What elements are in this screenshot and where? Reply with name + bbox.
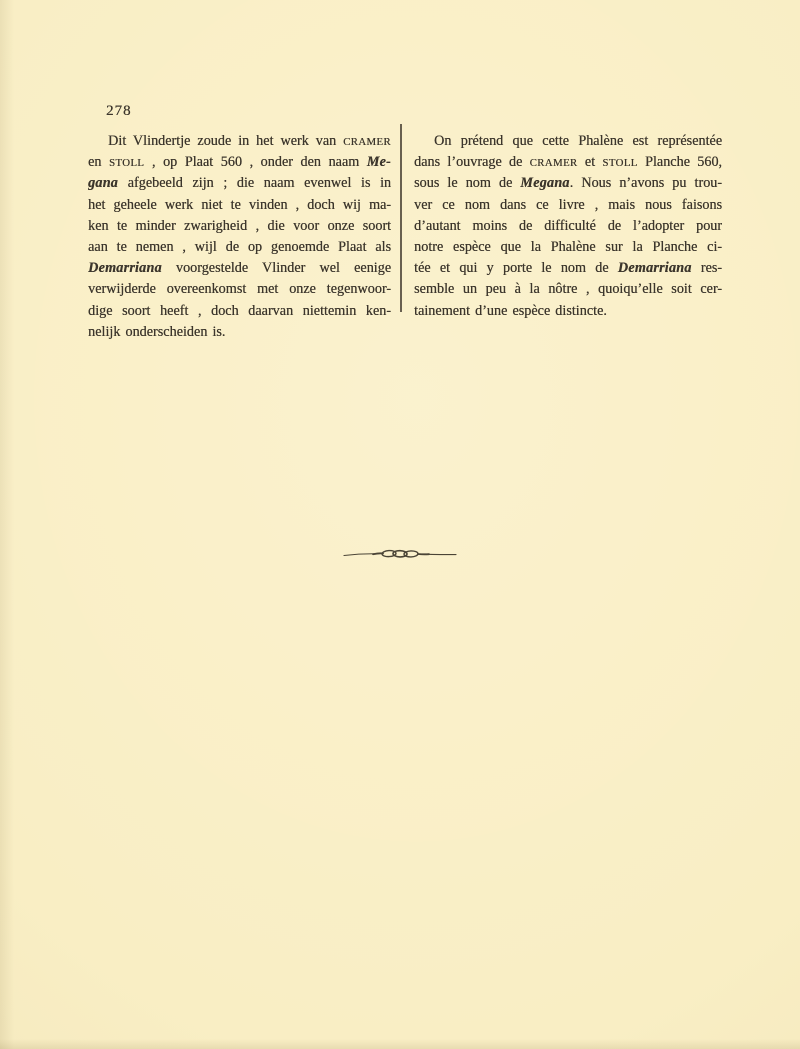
text-line: notre espèce que la Phalène sur la Planc… — [414, 237, 722, 258]
text-line: On prétend que cette Phalène est représe… — [414, 131, 722, 152]
text-line: ken te minder zwarigheid , die voor onze… — [88, 216, 391, 237]
text-line: gana afgebeeld zijn ; die naam evenwel i… — [88, 173, 391, 194]
text-line: tée et qui y porte le nom de Demarriana … — [414, 258, 722, 279]
text-line: dige soort heeft , doch daarvan niettemi… — [88, 301, 391, 322]
dutch-text-column: Dit Vlindertje zoude in het werk van CRA… — [88, 131, 391, 343]
text-line: d’autant moins de difficulté de l’adopte… — [414, 216, 722, 237]
text-line: ver ce nom dans ce livre , mais nous fai… — [414, 195, 722, 216]
text-line: semble un peu à la nôtre , quoiqu’elle s… — [414, 279, 722, 300]
text-line: Demarriana voorgestelde Vlinder wel eeni… — [88, 258, 391, 279]
french-text-column: On prétend que cette Phalène est représe… — [414, 131, 722, 322]
book-page: 278 Dit Vlindertje zoude in het werk van… — [0, 0, 800, 1049]
text-line: sous le nom de Megana. Nous n’avons pu t… — [414, 173, 722, 194]
text-line: tainement d’une espèce distincte. — [414, 301, 722, 322]
text-line: Dit Vlindertje zoude in het werk van CRA… — [88, 131, 391, 152]
text-line: het geheele werk niet te vinden , doch w… — [88, 195, 391, 216]
text-line: nelijk onderscheiden is. — [88, 322, 391, 343]
page-number: 278 — [106, 103, 132, 120]
text-line: verwijderde overeenkomst met onze tegenw… — [88, 279, 391, 300]
column-divider-rule — [400, 124, 402, 312]
text-line: en STOLL , op Plaat 560 , onder den naam… — [88, 152, 391, 173]
text-line: dans l’ouvrage de CRAMER et STOLL Planch… — [414, 152, 722, 173]
swelled-rule-ornament-icon — [343, 547, 457, 561]
text-line: aan te nemen , wijl de op genoemde Plaat… — [88, 237, 391, 258]
